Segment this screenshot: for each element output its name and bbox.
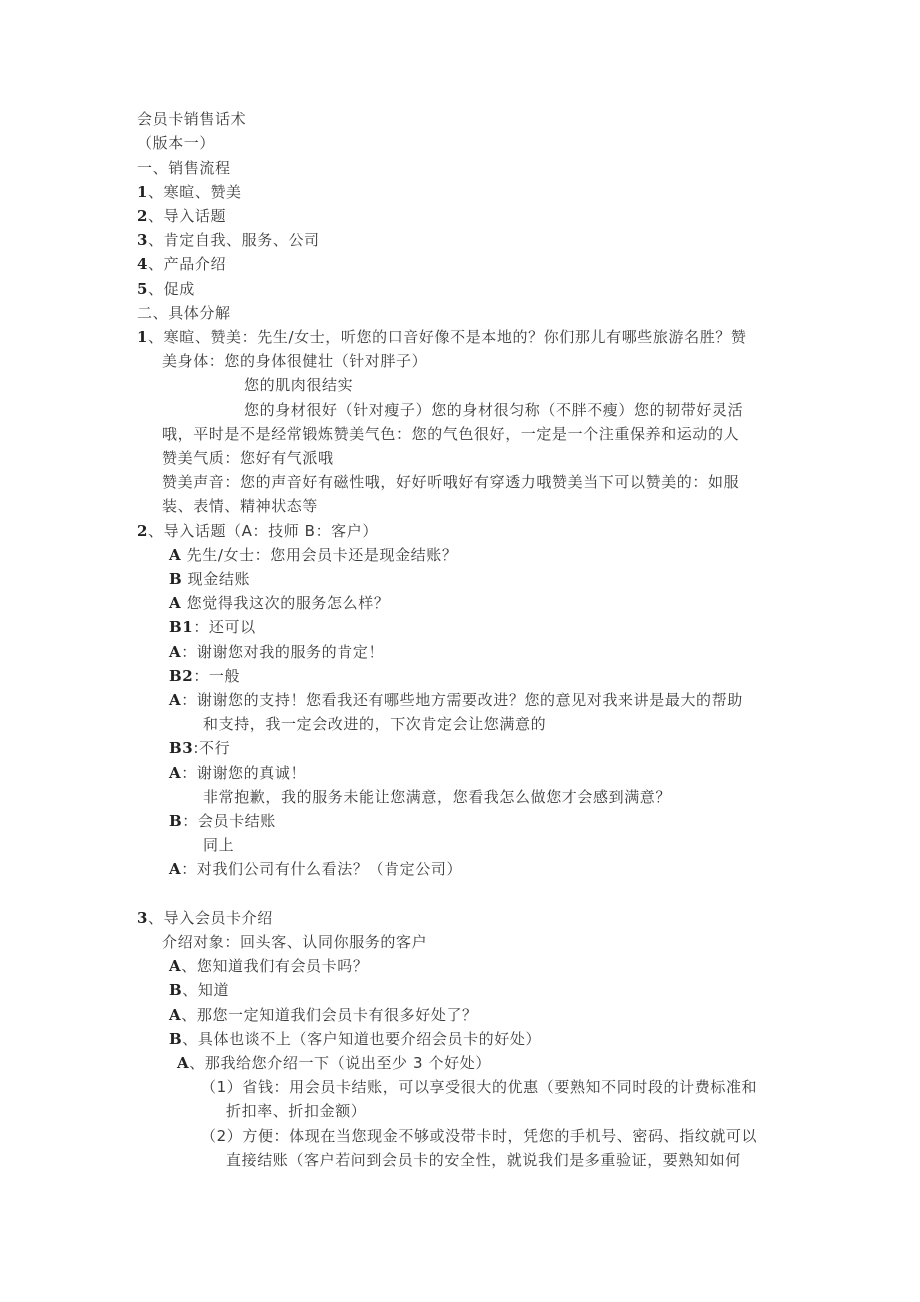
line-marker: B1: [169, 618, 193, 636]
text-line: 1、寒暄、赞美：先生/女士，听您的口音好像不是本地的？你们那儿有哪些旅游名胜？赞: [137, 327, 747, 347]
line-marker: 3: [137, 231, 148, 249]
line-text: 您的肌肉很结实: [244, 376, 353, 394]
text-line: B 现金结账: [169, 569, 250, 589]
text-line: 介绍对象：回头客、认同你服务的客户: [162, 932, 427, 952]
line-text: 一、销售流程: [137, 159, 231, 177]
text-line: 一、销售流程: [137, 158, 231, 178]
text-line: 赞美声音：您的声音好有磁性哦，好好听哦好有穿透力哦赞美当下可以赞美的：如服: [162, 472, 739, 492]
text-line: B1：还可以: [169, 617, 256, 637]
line-text: 、寒暄、赞美: [148, 183, 242, 201]
line-marker: B: [169, 1030, 182, 1048]
line-text: 赞美声音：您的声音好有磁性哦，好好听哦好有穿透力哦赞美当下可以赞美的：如服: [162, 473, 739, 491]
line-text: 美身体：您的身体很健壮（针对胖子）: [162, 352, 427, 370]
text-line: 和支持，我一定会改进的，下次肯定会让您满意的: [203, 714, 546, 734]
line-marker: A: [169, 691, 181, 709]
line-text: 哦，平时是不是经常锻炼赞美气色：您的气色很好，一定是一个注重保养和运动的人: [162, 425, 739, 443]
line-text: 、导入话题（A：技师 B：客户）: [148, 522, 378, 540]
text-line: B2：一般: [169, 666, 240, 686]
text-line: B、知道: [169, 980, 229, 1000]
text-line: （1）省钱：用会员卡结账，可以享受很大的优惠（要熟知不同时段的计费标准和: [201, 1077, 757, 1097]
text-line: A、那我给您介绍一下（说出至少 3 个好处）: [177, 1053, 491, 1073]
line-text: 您的身材很好（针对瘦子）您的身材很匀称（不胖不瘦）您的韧带好灵活: [244, 401, 743, 419]
line-text: 非常抱歉，我的服务未能让您满意，您看我怎么做您才会感到满意？: [203, 788, 671, 806]
line-text: 、导入会员卡介绍: [148, 909, 273, 927]
text-line: 二、具体分解: [137, 303, 231, 323]
document-page: 会员卡销售话术（版本一）一、销售流程1、寒暄、赞美2、导入话题3、肯定自我、服务…: [0, 0, 920, 1302]
text-line: 美身体：您的身体很健壮（针对胖子）: [162, 351, 427, 371]
line-marker: B3: [169, 739, 193, 757]
text-line: A：谢谢您的支持！您看我还有哪些地方需要改进？您的意见对我来讲是最大的帮助: [169, 690, 743, 710]
line-text: 、肯定自我、服务、公司: [148, 231, 320, 249]
line-marker: A: [169, 1006, 181, 1024]
text-line: A：对我们公司有什么看法？（肯定公司）: [169, 859, 462, 879]
line-marker: A: [169, 643, 181, 661]
line-text: 、知道: [182, 981, 229, 999]
line-text: 、具体也谈不上（客户知道也要介绍会员卡的好处）: [182, 1030, 541, 1048]
text-line: A：谢谢您的真诚！: [169, 763, 306, 783]
text-line: 哦，平时是不是经常锻炼赞美气色：您的气色很好，一定是一个注重保养和运动的人: [162, 424, 739, 444]
text-line: 2、导入话题: [137, 206, 226, 226]
text-line: A 您觉得我这次的服务怎么样？: [169, 593, 389, 613]
line-text: 二、具体分解: [137, 304, 231, 322]
text-line: 2、导入话题（A：技师 B：客户）: [137, 521, 378, 541]
line-marker: 4: [137, 255, 148, 273]
line-marker: A: [169, 546, 181, 564]
line-text: （2）方便：体现在当您现金不够或没带卡时，凭您的手机号、密码、指纹就可以: [201, 1127, 757, 1145]
line-marker: A: [169, 594, 181, 612]
text-line: 同上: [203, 835, 234, 855]
text-line: 会员卡销售话术: [137, 109, 246, 129]
line-text: ：谢谢您的真诚！: [181, 764, 306, 782]
line-text: 、您知道我们有会员卡吗？: [181, 957, 368, 975]
line-marker: 5: [137, 280, 148, 298]
line-text: （1）省钱：用会员卡结账，可以享受很大的优惠（要熟知不同时段的计费标准和: [201, 1078, 757, 1096]
line-text: 直接结账（客户若问到会员卡的安全性，就说我们是多重验证，要熟知如何: [226, 1151, 741, 1169]
text-line: B3:不行: [169, 738, 230, 758]
line-marker: A: [177, 1054, 189, 1072]
line-marker: 2: [137, 207, 148, 225]
line-marker: B: [169, 812, 182, 830]
text-line: 4、产品介绍: [137, 254, 226, 274]
line-text: ：一般: [193, 667, 240, 685]
text-line: 折扣率、折扣金额）: [226, 1101, 366, 1121]
line-text: ：对我们公司有什么看法？（肯定公司）: [181, 860, 462, 878]
line-text: 、产品介绍: [148, 255, 226, 273]
line-text: ：谢谢您对我的服务的肯定！: [181, 643, 384, 661]
line-text: 现金结账: [182, 570, 250, 588]
line-text: 先生/女士：您用会员卡还是现金结账？: [181, 546, 457, 564]
text-line: A、那您一定知道我们会员卡有很多好处了？: [169, 1005, 478, 1025]
line-text: 、那我给您介绍一下（说出至少 3 个好处）: [189, 1054, 491, 1072]
text-line: B：会员卡结账: [169, 811, 276, 831]
text-line: 直接结账（客户若问到会员卡的安全性，就说我们是多重验证，要熟知如何: [226, 1150, 741, 1170]
line-text: :不行: [193, 739, 230, 757]
line-marker: A: [169, 957, 181, 975]
text-line: A、您知道我们有会员卡吗？: [169, 956, 368, 976]
text-line: 您的肌肉很结实: [244, 375, 353, 395]
text-line: A 先生/女士：您用会员卡还是现金结账？: [169, 545, 457, 565]
text-line: （版本一）: [137, 133, 215, 153]
line-text: 同上: [203, 836, 234, 854]
line-text: 和支持，我一定会改进的，下次肯定会让您满意的: [203, 715, 546, 733]
text-line: 非常抱歉，我的服务未能让您满意，您看我怎么做您才会感到满意？: [203, 787, 671, 807]
line-marker: B2: [169, 667, 193, 685]
text-line: B、具体也谈不上（客户知道也要介绍会员卡的好处）: [169, 1029, 541, 1049]
line-marker: B: [169, 981, 182, 999]
line-text: 、寒暄、赞美：先生/女士，听您的口音好像不是本地的？你们那儿有哪些旅游名胜？赞: [148, 328, 746, 346]
text-line: 装、表情、精神状态等: [162, 496, 318, 516]
line-text: 赞美气质：您好有气派哦: [162, 449, 334, 467]
line-marker: 1: [137, 183, 148, 201]
text-line: 赞美气质：您好有气派哦: [162, 448, 334, 468]
line-marker: 2: [137, 522, 148, 540]
line-marker: 3: [137, 909, 148, 927]
line-text: 折扣率、折扣金额）: [226, 1102, 366, 1120]
text-line: 5、促成: [137, 279, 195, 299]
line-text: ：会员卡结账: [182, 812, 276, 830]
text-line: 您的身材很好（针对瘦子）您的身材很匀称（不胖不瘦）您的韧带好灵活: [244, 400, 743, 420]
line-marker: B: [169, 570, 182, 588]
line-marker: A: [169, 860, 181, 878]
text-line: 3、导入会员卡介绍: [137, 908, 273, 928]
line-text: 、促成: [148, 280, 195, 298]
text-line: A：谢谢您对我的服务的肯定！: [169, 642, 384, 662]
line-text: ：还可以: [193, 618, 255, 636]
line-text: 装、表情、精神状态等: [162, 497, 318, 515]
line-text: 会员卡销售话术: [137, 110, 246, 128]
text-line: 1、寒暄、赞美: [137, 182, 242, 202]
line-text: ：谢谢您的支持！您看我还有哪些地方需要改进？您的意见对我来讲是最大的帮助: [181, 691, 743, 709]
line-text: 您觉得我这次的服务怎么样？: [181, 594, 389, 612]
line-marker: 1: [137, 328, 148, 346]
line-text: 、那您一定知道我们会员卡有很多好处了？: [181, 1006, 477, 1024]
line-text: （版本一）: [137, 134, 215, 152]
line-marker: A: [169, 764, 181, 782]
text-line: 3、肯定自我、服务、公司: [137, 230, 320, 250]
line-text: 、导入话题: [148, 207, 226, 225]
text-line: （2）方便：体现在当您现金不够或没带卡时，凭您的手机号、密码、指纹就可以: [201, 1126, 757, 1146]
line-text: 介绍对象：回头客、认同你服务的客户: [162, 933, 427, 951]
